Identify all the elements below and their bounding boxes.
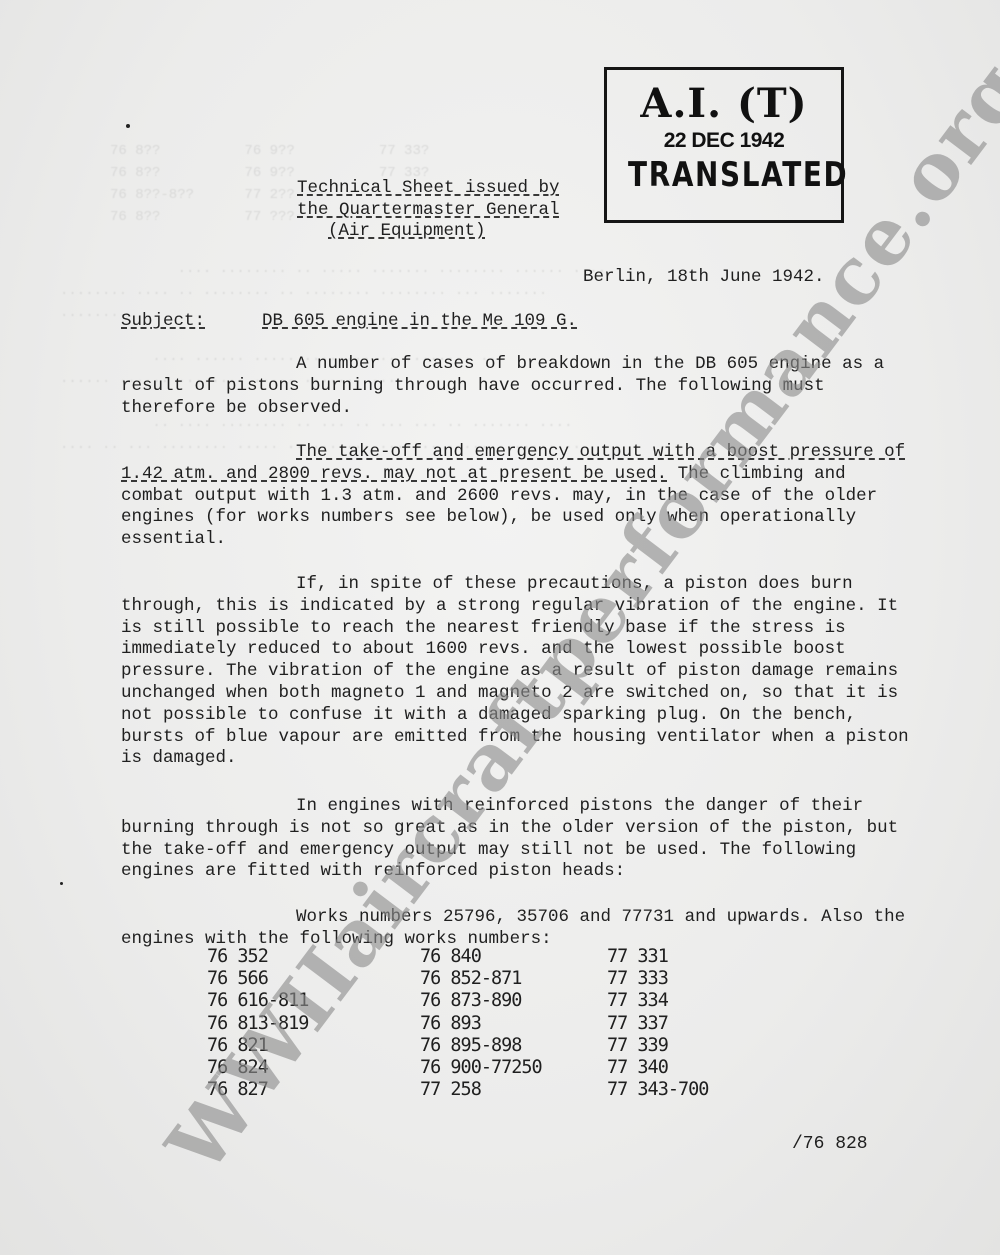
stamp-status: TRANSLATED (628, 155, 820, 195)
works-number: 76 827 (207, 1079, 308, 1101)
works-number: 77 340 (607, 1057, 708, 1079)
works-number: 76 821 (207, 1035, 308, 1057)
works-number: 76 895-898 (420, 1035, 542, 1057)
works-numbers-col-1: 76 35276 56676 616-81176 813-81976 82176… (207, 946, 308, 1101)
stamp-office: A.I. (T) (607, 80, 841, 127)
paragraph-3: If, in spite of these precautions, a pis… (121, 574, 911, 770)
continuation-marker: /76 828 (792, 1133, 868, 1155)
works-number: 77 258 (420, 1079, 542, 1101)
works-number: 76 900-77250 (420, 1057, 542, 1079)
works-number: 76 852-871 (420, 968, 542, 990)
place-date: Berlin, 18th June 1942. (583, 266, 825, 288)
works-number: 76 893 (420, 1013, 542, 1035)
paragraph-4: In engines with reinforced pistons the d… (121, 796, 911, 883)
header-title-line-1: Technical Sheet issued by (297, 177, 560, 199)
ink-speck (126, 124, 130, 128)
works-number: 77 337 (607, 1013, 708, 1035)
paragraph-1: A number of cases of breakdown in the DB… (121, 354, 911, 419)
paragraph-2: The take-off and emergency output with a… (121, 442, 911, 551)
translated-stamp: A.I. (T) 22 DEC 1942 TRANSLATED (604, 67, 844, 223)
stamp-date: 22 DEC 1942 (607, 129, 841, 153)
works-number: 77 333 (607, 968, 708, 990)
works-number: 77 331 (607, 946, 708, 968)
works-number: 77 334 (607, 990, 708, 1012)
works-number: 76 616-811 (207, 990, 308, 1012)
works-number: 77 339 (607, 1035, 708, 1057)
ink-speck (60, 882, 63, 885)
works-numbers-col-3: 77 33177 33377 33477 33777 33977 34077 3… (607, 946, 708, 1101)
works-number: 76 566 (207, 968, 308, 990)
paragraph-5: Works numbers 25796, 35706 and 77731 and… (121, 907, 911, 951)
subject-text: DB 605 engine in the Me 109 G. (262, 310, 577, 332)
works-numbers-col-2: 76 84076 852-87176 873-89076 89376 895-8… (420, 946, 542, 1101)
works-number: 76 352 (207, 946, 308, 968)
works-number: 77 343-700 (607, 1079, 708, 1101)
works-number: 76 840 (420, 946, 542, 968)
subject-label: Subject: (121, 310, 205, 332)
header-title-line-3: (Air Equipment) (328, 220, 486, 242)
works-number: 76 824 (207, 1057, 308, 1079)
header-title-line-2: the Quartermaster General (297, 199, 560, 221)
works-number: 76 813-819 (207, 1013, 308, 1035)
works-number: 76 873-890 (420, 990, 542, 1012)
